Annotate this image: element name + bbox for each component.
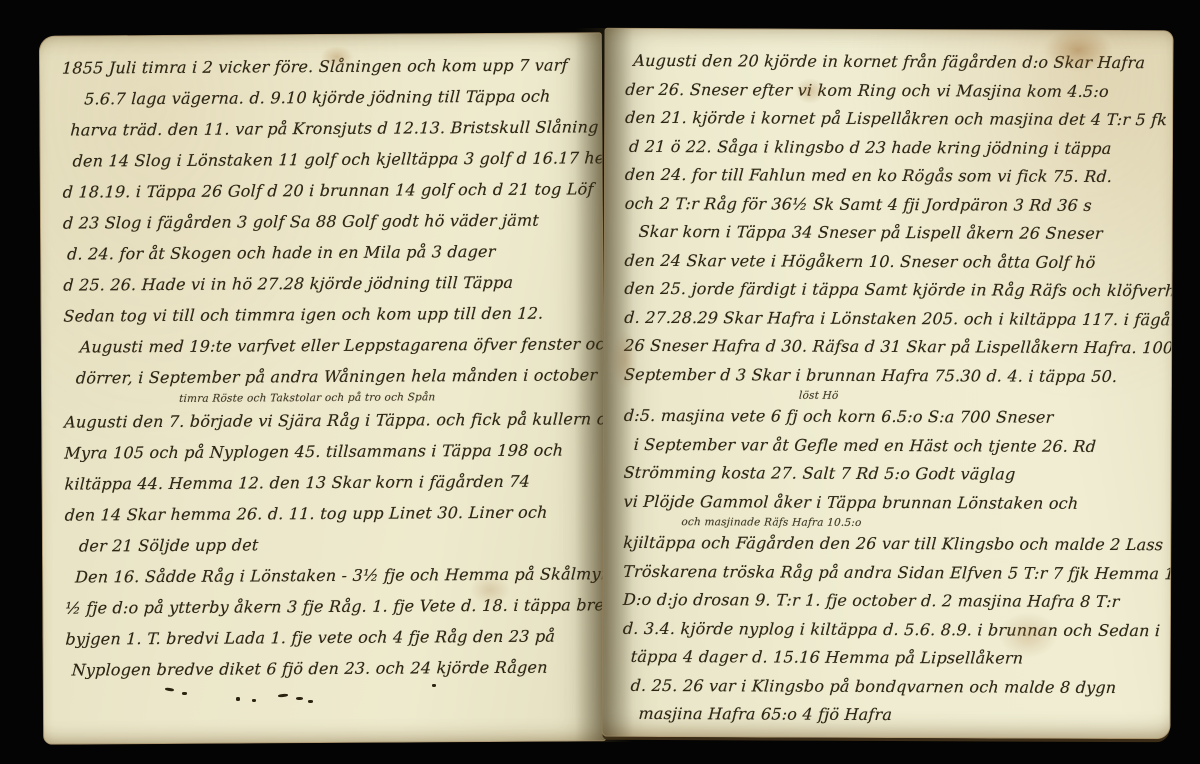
manuscript-line: den 24. for till Fahlun med en ko Rögås …	[624, 161, 1171, 192]
journal-page-right: Augusti den 20 kjörde in kornet från fäg…	[601, 28, 1173, 739]
manuscript-line: D:o d:jo drosan 9. T:r 1. fje october d.…	[622, 586, 1169, 617]
manuscript-line: der 21 Söljde upp det	[64, 527, 600, 561]
manuscript-line: d 25. 26. Hade vi in hö 27.28 kjörde jöd…	[63, 266, 599, 300]
manuscript-line: täppa 4 dager d. 15.16 Hemma på Lipsellå…	[622, 643, 1169, 674]
manuscript-line: Strömming kosta 27. Salt 7 Rd 5:o Godt v…	[623, 459, 1170, 490]
manuscript-line: d. 24. for åt Skogen och hade in en Mila…	[62, 235, 598, 269]
manuscript-line: Myra 105 och på Nyplogen 45. tillsammans…	[64, 434, 600, 468]
manuscript-line: harva träd. den 11. var på Kronsjuts d 1…	[62, 111, 598, 145]
manuscript-line: d 23 Slog i fägården 3 golf Sa 88 Golf g…	[62, 204, 598, 238]
manuscript-line: Skar korn i Täppa 34 Sneser på Lispell å…	[624, 218, 1171, 249]
manuscript-line: vi Plöjde Gammol åker i Täppa brunnan Lö…	[623, 487, 1170, 518]
manuscript-line: Augusti den 7. började vi Sjära Råg i Tä…	[63, 403, 599, 437]
manuscript-line: byjgen 1. T. bredvi Lada 1. fje vete och…	[65, 620, 601, 654]
manuscript-line: den 14 Slog i Lönstaken 11 golf och kjel…	[62, 142, 598, 176]
manuscript-line: Tröskarena tröska Råg på andra Sidan Elf…	[622, 557, 1169, 588]
left-page-text: 1855 Juli timra i 2 vicker före. Slåning…	[62, 49, 601, 685]
journal-page-left: 1855 Juli timra i 2 vicker före. Slåning…	[39, 32, 606, 744]
manuscript-line: masjina Hafra 65:o 4 fjö Hafra	[622, 700, 1169, 731]
manuscript-line: kiltäppa 44. Hemma 12. den 13 Skar korn …	[64, 465, 600, 499]
manuscript-line: och 2 T:r Råg för 36½ Sk Samt 4 fji Jord…	[624, 189, 1171, 220]
manuscript-line: d 18.19. i Täppa 26 Golf d 20 i brunnan …	[62, 173, 598, 207]
manuscript-line: Augusti den 20 kjörde in kornet från fäg…	[625, 47, 1172, 78]
manuscript-line: kjiltäppa och Fägården den 26 var till K…	[622, 529, 1169, 560]
manuscript-line: Augusti med 19:te varfvet eller Leppstag…	[63, 328, 599, 362]
manuscript-line: den 21. kjörde i kornet på Lispellåkren …	[624, 104, 1171, 135]
manuscript-line: d. 27.28.29 Skar Hafra i Lönstaken 205. …	[623, 303, 1170, 334]
manuscript-line: der 26. Sneser efter vi kom Ring och vi …	[624, 75, 1171, 106]
manuscript-line: September d 3 Skar i brunnan Hafra 75.30…	[623, 360, 1170, 391]
manuscript-line: Sedan tog vi till och timmra igen och ko…	[63, 297, 599, 331]
manuscript-line: d. 25. 26 var i Klingsbo på bondqvarnen …	[622, 671, 1169, 702]
right-page-text: Augusti den 20 kjörde in kornet från fäg…	[622, 47, 1170, 731]
manuscript-line: den 25. jorde färdigt i täppa Samt kjörd…	[624, 275, 1171, 306]
manuscript-line: d 21 ö 22. Såga i klingsbo d 23 hade kri…	[624, 132, 1171, 163]
manuscript-line: Nyplogen bredve diket 6 fjö den 23. och …	[65, 651, 601, 685]
manuscript-line: d. 3.4. kjörde nyplog i kiltäppa d. 5.6.…	[622, 614, 1169, 645]
manuscript-line: i September var åt Gefle med en Häst och…	[623, 430, 1170, 461]
manuscript-line: 5.6.7 laga vägerna. d. 9.10 kjörde jödni…	[62, 80, 598, 114]
manuscript-line: 1855 Juli timra i 2 vicker före. Slåning…	[61, 49, 597, 83]
manuscript-line: den 14 Skar hemma 26. d. 11. tog upp Lin…	[64, 496, 600, 530]
manuscript-line: den 24 Skar vete i Högåkern 10. Sneser o…	[624, 246, 1171, 277]
manuscript-line: 26 Sneser Hafra d 30. Räfsa d 31 Skar på…	[623, 332, 1170, 363]
manuscript-line: Den 16. Sådde Råg i Lönstaken - 3½ fje o…	[64, 558, 600, 592]
manuscript-line: ½ fje d:o på ytterby åkern 3 fje Råg. 1.…	[65, 589, 601, 623]
manuscript-line: d:5. masjina vete 6 fj och korn 6.5:o S:…	[623, 402, 1170, 433]
open-journal-book: 1855 Juli timra i 2 vicker före. Slåning…	[0, 0, 1200, 764]
manuscript-line: dörrer, i September på andra Wåningen he…	[63, 359, 599, 393]
